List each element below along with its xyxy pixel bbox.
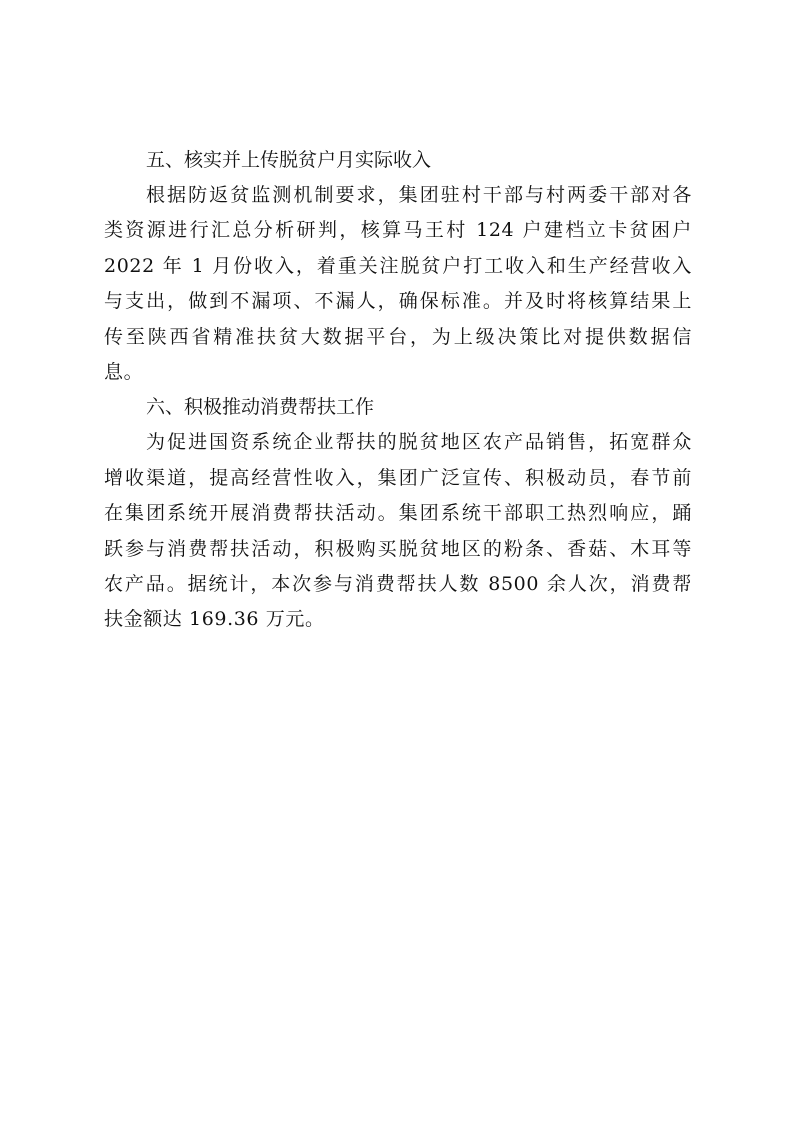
text-line: 传至陕西省精准扶贫大数据平台，为上级决策比对提供数据信 <box>104 320 692 355</box>
text-line: 增收渠道，提高经营性收入，集团广泛宣传、积极动员，春节前 <box>104 461 692 496</box>
text-line: 跃参与消费帮扶活动，积极购买脱贫地区的粉条、香菇、木耳等 <box>104 532 692 567</box>
text-line: 农产品。据统计，本次参与消费帮扶人数 8500 余人次，消费帮 <box>104 567 692 602</box>
text-line: 息。 <box>104 355 692 390</box>
text-line: 扶金额达 169.36 万元。 <box>104 602 692 637</box>
document-page: 五、核实并上传脱贫户月实际收入 根据防返贫监测机制要求，集团驻村干部与村两委干部… <box>104 143 692 638</box>
section-heading-5: 五、核实并上传脱贫户月实际收入 <box>104 143 692 178</box>
section-heading-6: 六、积极推动消费帮扶工作 <box>104 390 692 425</box>
text-line: 2022 年 1 月份收入，着重关注脱贫户打工收入和生产经营收入 <box>104 249 692 284</box>
text-line: 根据防返贫监测机制要求，集团驻村干部与村两委干部对各 <box>104 178 692 213</box>
section-5-paragraph: 根据防返贫监测机制要求，集团驻村干部与村两委干部对各 类资源进行汇总分析研判，核… <box>104 178 692 390</box>
text-line: 为促进国资系统企业帮扶的脱贫地区农产品销售，拓宽群众 <box>104 425 692 460</box>
text-line: 类资源进行汇总分析研判，核算马王村 124 户建档立卡贫困户 <box>104 213 692 248</box>
section-6-paragraph: 为促进国资系统企业帮扶的脱贫地区农产品销售，拓宽群众 增收渠道，提高经营性收入，… <box>104 425 692 637</box>
text-line: 在集团系统开展消费帮扶活动。集团系统干部职工热烈响应，踊 <box>104 496 692 531</box>
text-line: 与支出，做到不漏项、不漏人，确保标准。并及时将核算结果上 <box>104 284 692 319</box>
